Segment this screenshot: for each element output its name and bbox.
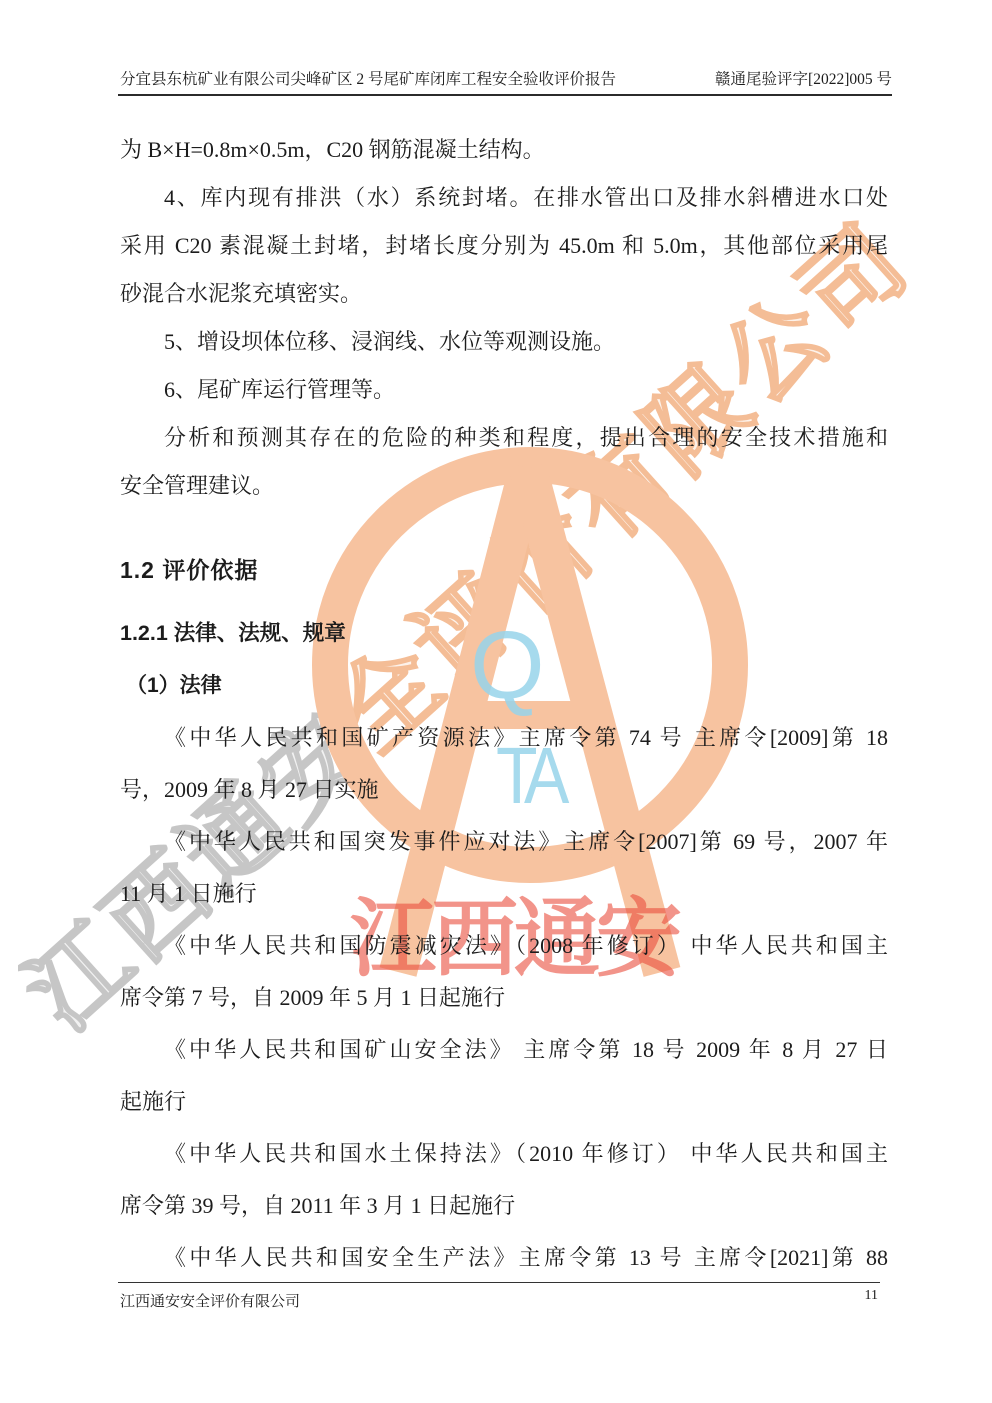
law-text-line: 《中华人民共和国矿产资源法》主席令第 74 号 主席令[2009]第 18 bbox=[120, 712, 888, 764]
law-text-line: 席令第 7 号，自 2009 年 5 月 1 日起施行 bbox=[120, 972, 888, 1024]
text-line: 5、增设坝体位移、浸润线、水位等观测设施。 bbox=[120, 318, 888, 366]
text-line: 分析和预测其存在的危险的种类和程度，提出合理的安全技术措施和 bbox=[120, 414, 888, 462]
header-report-title: 分宜县东杭矿业有限公司尖峰矿区 2 号尾矿库闭库工程安全验收评价报告 bbox=[120, 70, 616, 90]
footer-rule bbox=[118, 1282, 880, 1283]
text-line: 采用 C20 素混凝土封堵，封堵长度分别为 45.0m 和 5.0m，其他部位采… bbox=[120, 222, 888, 270]
law-text-line: 《中华人民共和国防震减灾法》（2008 年修订） 中华人民共和国主 bbox=[120, 920, 888, 972]
law-list-block: 《中华人民共和国矿产资源法》主席令第 74 号 主席令[2009]第 18 号，… bbox=[120, 712, 888, 1284]
text-line: 4、库内现有排洪（水）系统封堵。在排水管出口及排水斜槽进水口处 bbox=[120, 174, 888, 222]
law-text-line: 11 月 1 日施行 bbox=[120, 868, 888, 920]
text-line: 6、尾矿库运行管理等。 bbox=[120, 366, 888, 414]
text-line: 砂混合水泥浆充填密实。 bbox=[120, 270, 888, 318]
page-number: 11 bbox=[865, 1288, 878, 1304]
content-layer: 分宜县东杭矿业有限公司尖峰矿区 2 号尾矿库闭库工程安全验收评价报告 赣通尾验评… bbox=[0, 0, 992, 1403]
subsection-heading-law: （1）法律 bbox=[126, 669, 222, 699]
header-rule bbox=[118, 94, 892, 96]
text-line: 安全管理建议。 bbox=[120, 462, 888, 510]
law-text-line: 《中华人民共和国水土保持法》（2010 年修订） 中华人民共和国主 bbox=[120, 1128, 888, 1180]
page-header: 分宜县东杭矿业有限公司尖峰矿区 2 号尾矿库闭库工程安全验收评价报告 赣通尾验评… bbox=[120, 70, 892, 90]
law-text-line: 席令第 39 号，自 2011 年 3 月 1 日起施行 bbox=[120, 1180, 888, 1232]
section-heading-1-2: 1.2 评价依据 bbox=[120, 552, 258, 585]
law-text-line: 起施行 bbox=[120, 1076, 888, 1128]
law-text-line: 《中华人民共和国突发事件应对法》主席令[2007]第 69 号，2007 年 bbox=[120, 816, 888, 868]
document-page: 江西通安全评价有限公司 Q TA 江西通安 分宜县东杭矿业有限公司尖峰矿区 2 … bbox=[0, 0, 992, 1403]
footer-company: 江西通安安全评价有限公司 bbox=[120, 1290, 300, 1311]
header-doc-number: 赣通尾验评字[2022]005 号 bbox=[715, 70, 892, 90]
text-line: 为 B×H=0.8m×0.5m，C20 钢筋混凝土结构。 bbox=[120, 126, 888, 174]
law-text-line: 号，2009 年 8 月 27 日实施 bbox=[120, 764, 888, 816]
law-text-line: 《中华人民共和国矿山安全法》 主席令第 18 号 2009 年 8 月 27 日 bbox=[120, 1024, 888, 1076]
section-heading-1-2-1: 1.2.1 法律、法规、规章 bbox=[120, 616, 346, 647]
law-text-line: 《中华人民共和国安全生产法》主席令第 13 号 主席令[2021]第 88 bbox=[120, 1232, 888, 1284]
body-text-block: 为 B×H=0.8m×0.5m，C20 钢筋混凝土结构。 4、库内现有排洪（水）… bbox=[120, 126, 888, 510]
